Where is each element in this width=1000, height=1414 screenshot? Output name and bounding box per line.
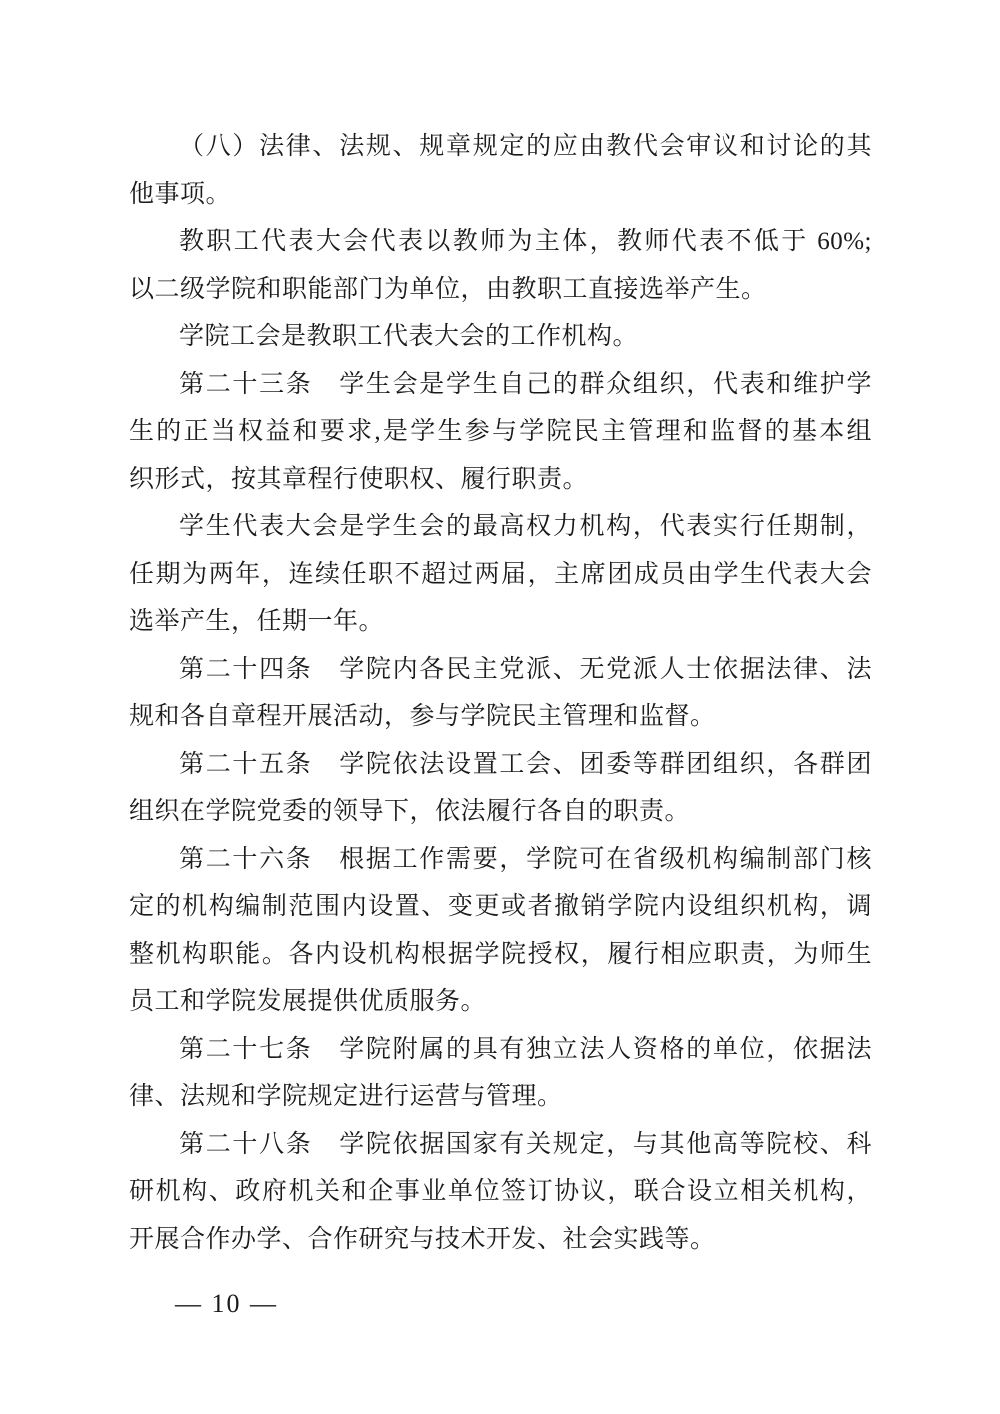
document-page: （八）法律、法规、规章规定的应由教代会审议和讨论的其他事项。教职工代表大会代表以… [0, 0, 1000, 1414]
text-line: 第二十三条 学生会是学生自己的群众组织，代表和维护学 [129, 361, 872, 409]
text-line: 开展合作办学、合作研究与技术开发、社会实践等。 [129, 1216, 872, 1264]
text-line: 研机构、政府机关和企事业单位签订协议，联合设立相关机构， [129, 1168, 872, 1216]
paragraph-staff-congress-composition: 教职工代表大会代表以教师为主体，教师代表不低于 60%;以二级学院和职能部门为单… [129, 218, 872, 313]
text-line: 任期为两年，连续任职不超过两届，主席团成员由学生代表大会 [129, 551, 872, 599]
text-line: 定的机构编制范围内设置、变更或者撤销学院内设组织机构，调 [129, 883, 872, 931]
paragraph-student-congress: 学生代表大会是学生会的最高权力机构，代表实行任期制，任期为两年，连续任职不超过两… [129, 503, 872, 646]
text-line: 以二级学院和职能部门为单位，由教职工直接选举产生。 [129, 266, 872, 314]
text-line: 员工和学院发展提供优质服务。 [129, 978, 872, 1026]
paragraph-article-25: 第二十五条 学院依法设置工会、团委等群团组织，各群团组织在学院党委的领导下，依法… [129, 741, 872, 836]
text-line: 教职工代表大会代表以教师为主体，教师代表不低于 60%; [129, 218, 872, 266]
text-line: （八）法律、法规、规章规定的应由教代会审议和讨论的其 [129, 123, 872, 171]
paragraph-article-28: 第二十八条 学院依据国家有关规定，与其他高等院校、科研机构、政府机关和企事业单位… [129, 1121, 872, 1264]
text-line: 第二十六条 根据工作需要，学院可在省级机构编制部门核 [129, 836, 872, 884]
paragraph-item-8: （八）法律、法规、规章规定的应由教代会审议和讨论的其他事项。 [129, 123, 872, 218]
page-number: — 10 — [175, 1289, 278, 1319]
text-line: 生的正当权益和要求,是学生参与学院民主管理和监督的基本组 [129, 408, 872, 456]
text-line: 学院工会是教职工代表大会的工作机构。 [129, 313, 872, 361]
text-line: 织形式，按其章程行使职权、履行职责。 [129, 456, 872, 504]
text-line: 组织在学院党委的领导下，依法履行各自的职责。 [129, 788, 872, 836]
text-line: 他事项。 [129, 171, 872, 219]
text-line: 学生代表大会是学生会的最高权力机构，代表实行任期制， [129, 503, 872, 551]
text-line: 选举产生，任期一年。 [129, 598, 872, 646]
text-line: 第二十四条 学院内各民主党派、无党派人士依据法律、法 [129, 646, 872, 694]
text-line: 律、法规和学院规定进行运营与管理。 [129, 1073, 872, 1121]
paragraph-article-26: 第二十六条 根据工作需要，学院可在省级机构编制部门核定的机构编制范围内设置、变更… [129, 836, 872, 1026]
paragraph-article-23: 第二十三条 学生会是学生自己的群众组织，代表和维护学生的正当权益和要求,是学生参… [129, 361, 872, 504]
document-body: （八）法律、法规、规章规定的应由教代会审议和讨论的其他事项。教职工代表大会代表以… [129, 123, 872, 1263]
paragraph-labor-union: 学院工会是教职工代表大会的工作机构。 [129, 313, 872, 361]
paragraph-article-24: 第二十四条 学院内各民主党派、无党派人士依据法律、法规和各自章程开展活动，参与学… [129, 646, 872, 741]
text-line: 整机构职能。各内设机构根据学院授权，履行相应职责，为师生 [129, 931, 872, 979]
text-line: 第二十七条 学院附属的具有独立法人资格的单位，依据法 [129, 1026, 872, 1074]
paragraph-article-27: 第二十七条 学院附属的具有独立法人资格的单位，依据法律、法规和学院规定进行运营与… [129, 1026, 872, 1121]
text-line: 规和各自章程开展活动，参与学院民主管理和监督。 [129, 693, 872, 741]
text-line: 第二十八条 学院依据国家有关规定，与其他高等院校、科 [129, 1121, 872, 1169]
text-line: 第二十五条 学院依法设置工会、团委等群团组织，各群团 [129, 741, 872, 789]
